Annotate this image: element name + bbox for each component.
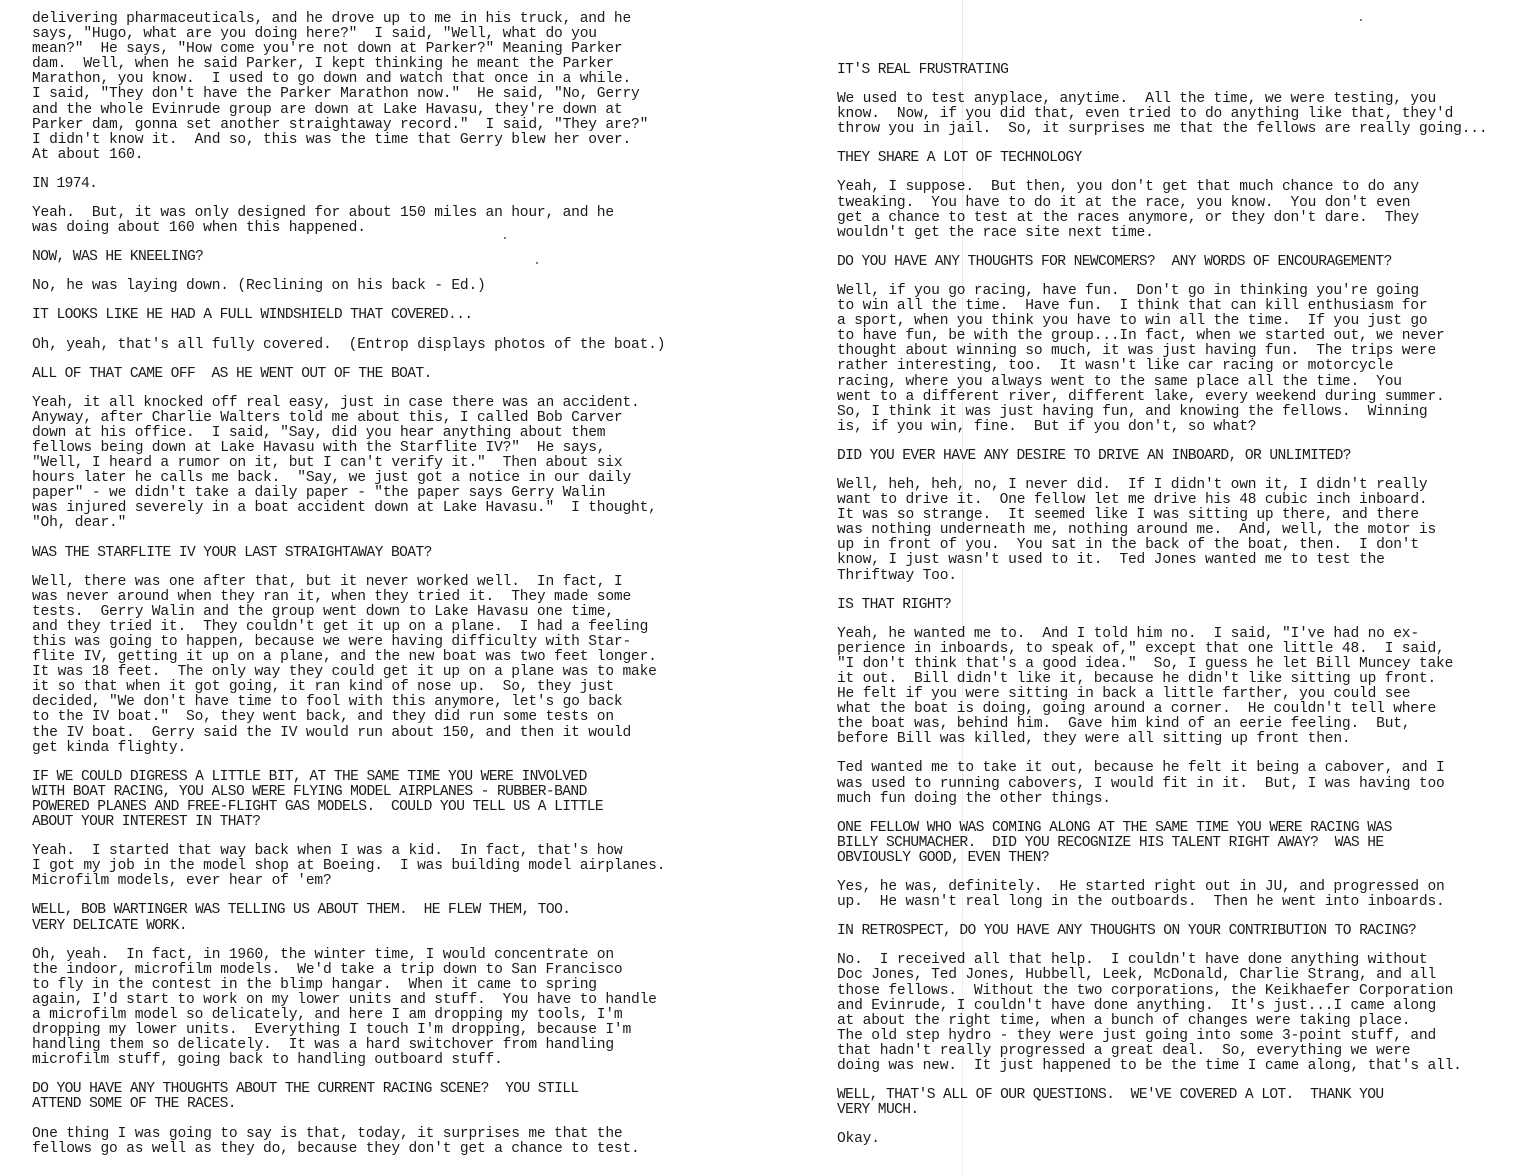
right-page: IT'S REAL FRUSTRATINGWe used to test any… (837, 63, 1516, 1161)
interview-question: IN RETROSPECT, DO YOU HAVE ANY THOUGHTS … (837, 924, 1516, 939)
text-line: OBVIOUSLY GOOD, EVEN THEN? (837, 851, 1516, 866)
text-line: The old step hydro - they were just goin… (837, 1029, 1516, 1044)
text-line: perience in inboards, to speak of," exce… (837, 642, 1516, 657)
interview-question: NOW, WAS HE KNEELING? (32, 250, 712, 265)
text-line: want to drive it. One fellow let me driv… (837, 493, 1516, 508)
interview-question: ALL OF THAT CAME OFF AS HE WENT OUT OF T… (32, 367, 712, 382)
text-line: to fly in the contest in the blimp hanga… (32, 978, 712, 993)
text-line: Yeah, it all knocked off real easy, just… (32, 396, 712, 411)
text-line: dropping my lower units. Everything I to… (32, 1023, 712, 1038)
text-line: WITH BOAT RACING, YOU ALSO WERE FLYING M… (32, 785, 712, 800)
text-line: thought about winning so much, it was ju… (837, 344, 1516, 359)
text-line: again, I'd start to work on my lower uni… (32, 993, 712, 1008)
text-line: down at his office. I said, "Say, did yo… (32, 426, 712, 441)
interview-answer: Well, there was one after that, but it n… (32, 575, 712, 756)
text-line: it out. Bill didn't like it, because he … (837, 672, 1516, 687)
text-line: it so that when it got going, it ran kin… (32, 680, 712, 695)
text-line: a microfilm model so delicately, and her… (32, 1008, 712, 1023)
text-line: get kinda flighty. (32, 741, 712, 756)
text-line: "Well, I heard a rumor on it, but I can'… (32, 456, 712, 471)
text-line: ALL OF THAT CAME OFF AS HE WENT OUT OF T… (32, 367, 712, 382)
text-line: know, I just wasn't used to it. Ted Jone… (837, 553, 1516, 568)
interview-answer: Ted wanted me to take it out, because he… (837, 761, 1516, 806)
text-line: much fun doing the other things. (837, 792, 1516, 807)
interview-question: THEY SHARE A LOT OF TECHNOLOGY (837, 151, 1516, 166)
text-line: ONE FELLOW WHO WAS COMING ALONG AT THE S… (837, 821, 1516, 836)
text-line: WELL, BOB WARTINGER WAS TELLING US ABOUT… (32, 903, 712, 918)
text-line: Anyway, after Charlie Walters told me ab… (32, 411, 712, 426)
text-line: fellows being down at Lake Havasu with t… (32, 441, 712, 456)
text-line: Yes, he was, definitely. He started righ… (837, 880, 1516, 895)
text-line: ATTEND SOME OF THE RACES. (32, 1097, 712, 1112)
text-line: went to a different river, different lak… (837, 390, 1516, 405)
text-line: that hadn't really progressed a great de… (837, 1044, 1516, 1059)
text-line: Oh, yeah, that's all fully covered. (Ent… (32, 338, 712, 353)
text-line: POWERED PLANES AND FREE-FLIGHT GAS MODEL… (32, 800, 712, 815)
text-line: the indoor, microfilm models. We'd take … (32, 963, 712, 978)
text-line: a sport, when you think you have to win … (837, 314, 1516, 329)
text-line: up. He wasn't real long in the outboards… (837, 895, 1516, 910)
text-line: At about 160. (32, 148, 712, 163)
text-line: the IV boat. Gerry said the IV would run… (32, 726, 712, 741)
text-line: DO YOU HAVE ANY THOUGHTS ABOUT THE CURRE… (32, 1082, 712, 1097)
text-line: IS THAT RIGHT? (837, 598, 1516, 613)
text-line: know. Now, if you did that, even tried t… (837, 107, 1516, 122)
interview-answer: Yeah. I started that way back when I was… (32, 844, 712, 889)
text-line: this was going to happen, because we wer… (32, 635, 712, 650)
text-line: IF WE COULD DIGRESS A LITTLE BIT, AT THE… (32, 770, 712, 785)
text-line: Ted wanted me to take it out, because he… (837, 761, 1516, 776)
interview-answer: Oh, yeah. In fact, in 1960, the winter t… (32, 948, 712, 1069)
text-line: Yeah, I suppose. But then, you don't get… (837, 180, 1516, 195)
text-line: Marathon, you know. I used to go down an… (32, 72, 712, 87)
text-line: NOW, WAS HE KNEELING? (32, 250, 712, 265)
interview-question: WELL, BOB WARTINGER WAS TELLING US ABOUT… (32, 903, 712, 933)
interview-answer: Yeah, he wanted me to. And I told him no… (837, 627, 1516, 748)
text-line: to the IV boat." So, they went back, and… (32, 710, 712, 725)
text-line: delivering pharmaceuticals, and he drove… (32, 12, 712, 27)
text-line: BILLY SCHUMACHER. DID YOU RECOGNIZE HIS … (837, 836, 1516, 851)
interview-answer: Well, if you go racing, have fun. Don't … (837, 284, 1516, 435)
text-line: says, "Hugo, what are you doing here?" I… (32, 27, 712, 42)
interview-question: DO YOU HAVE ANY THOUGHTS ABOUT THE CURRE… (32, 1082, 712, 1112)
text-line: I said, "They don't have the Parker Mara… (32, 87, 712, 102)
text-line: paper" - we didn't take a daily paper - … (32, 486, 712, 501)
text-line: what the boat is doing, going around a c… (837, 702, 1516, 717)
text-line: and the whole Evinrude group are down at… (32, 103, 712, 118)
text-line: I didn't know it. And so, this was the t… (32, 133, 712, 148)
text-line: Thriftway Too. (837, 569, 1516, 584)
text-line: IN RETROSPECT, DO YOU HAVE ANY THOUGHTS … (837, 924, 1516, 939)
text-line: IT'S REAL FRUSTRATING (837, 63, 1516, 78)
text-line: DID YOU EVER HAVE ANY DESIRE TO DRIVE AN… (837, 449, 1516, 464)
text-line: WAS THE STARFLITE IV YOUR LAST STRAIGHTA… (32, 546, 712, 561)
text-line: Well, if you go racing, have fun. Don't … (837, 284, 1516, 299)
text-line: to win all the time. Have fun. I think t… (837, 299, 1516, 314)
text-line: was injured severely in a boat accident … (32, 501, 712, 516)
interview-answer: Oh, yeah, that's all fully covered. (Ent… (32, 338, 712, 353)
text-line: No, he was laying down. (Reclining on hi… (32, 279, 712, 294)
interview-answer: One thing I was going to say is that, to… (32, 1127, 712, 1157)
interview-answer: Yeah, it all knocked off real easy, just… (32, 396, 712, 532)
scan-speck (504, 237, 506, 239)
text-line: was used to running cabovers, I would fi… (837, 777, 1516, 792)
text-line: We used to test anyplace, anytime. All t… (837, 92, 1516, 107)
text-line: THEY SHARE A LOT OF TECHNOLOGY (837, 151, 1516, 166)
interview-answer: No, he was laying down. (Reclining on hi… (32, 279, 712, 294)
interview-answer: Yeah, I suppose. But then, you don't get… (837, 180, 1516, 240)
interview-question: IN 1974. (32, 177, 712, 192)
interview-answer: No. I received all that help. I couldn't… (837, 953, 1516, 1074)
interview-question: IF WE COULD DIGRESS A LITTLE BIT, AT THE… (32, 770, 712, 830)
interview-question: IT'S REAL FRUSTRATING (837, 63, 1516, 78)
text-line: "I don't think that's a good idea." So, … (837, 657, 1516, 672)
text-line: VERY MUCH. (837, 1103, 1516, 1118)
text-line: Okay. (837, 1132, 1516, 1147)
text-line: IN 1974. (32, 177, 712, 192)
text-line: WELL, THAT'S ALL OF OUR QUESTIONS. WE'VE… (837, 1088, 1516, 1103)
interview-question: DID YOU EVER HAVE ANY DESIRE TO DRIVE AN… (837, 449, 1516, 464)
text-line: decided, "We don't have time to fool wit… (32, 695, 712, 710)
text-line: doing was new. It just happened to be th… (837, 1059, 1516, 1074)
text-line: I got my job in the model shop at Boeing… (32, 859, 712, 874)
text-line: ABOUT YOUR INTEREST IN THAT? (32, 815, 712, 830)
text-line: was never around when they ran it, when … (32, 590, 712, 605)
text-line: racing, where you always went to the sam… (837, 375, 1516, 390)
interview-question: IT LOOKS LIKE HE HAD A FULL WINDSHIELD T… (32, 308, 712, 323)
text-line: and Evinrude, I couldn't have done anyth… (837, 999, 1516, 1014)
text-line: tweaking. You have to do it at the race,… (837, 196, 1516, 211)
text-line: DO YOU HAVE ANY THOUGHTS FOR NEWCOMERS? … (837, 255, 1516, 270)
text-line: was doing about 160 when this happened. (32, 221, 712, 236)
text-line: hours later he calls me back. "Say, we j… (32, 471, 712, 486)
interview-answer: We used to test anyplace, anytime. All t… (837, 92, 1516, 137)
text-line: VERY DELICATE WORK. (32, 919, 712, 934)
text-line: at about the right time, when a bunch of… (837, 1014, 1516, 1029)
text-line: throw you in jail. So, it surprises me t… (837, 122, 1516, 137)
text-line: It was 18 feet. The only way they could … (32, 665, 712, 680)
text-line: Well, there was one after that, but it n… (32, 575, 712, 590)
interview-question: DO YOU HAVE ANY THOUGHTS FOR NEWCOMERS? … (837, 255, 1516, 270)
text-line: One thing I was going to say is that, to… (32, 1127, 712, 1142)
text-line: Yeah, he wanted me to. And I told him no… (837, 627, 1516, 642)
text-line: to have fun, be with the group...In fact… (837, 329, 1516, 344)
interview-answer: delivering pharmaceuticals, and he drove… (32, 12, 712, 163)
text-line: up in front of you. You sat in the back … (837, 538, 1516, 553)
text-line: Yeah. I started that way back when I was… (32, 844, 712, 859)
text-line: mean?" He says, "How come you're not dow… (32, 42, 712, 57)
scan-speck (1360, 19, 1362, 21)
interview-question: WELL, THAT'S ALL OF OUR QUESTIONS. WE'VE… (837, 1088, 1516, 1118)
text-line: get a chance to test at the races anymor… (837, 211, 1516, 226)
text-line: flite IV, getting it up on a plane, and … (32, 650, 712, 665)
interview-answer: Yes, he was, definitely. He started righ… (837, 880, 1516, 910)
text-line: So, I think it was just having fun, and … (837, 405, 1516, 420)
text-line: fellows go as well as they do, because t… (32, 1142, 712, 1157)
text-line: Parker dam, gonna set another straightaw… (32, 118, 712, 133)
text-line: and they tried it. They couldn't get it … (32, 620, 712, 635)
text-line: It was so strange. It seemed like I was … (837, 508, 1516, 523)
text-line: Well, heh, heh, no, I never did. If I di… (837, 478, 1516, 493)
text-line: He felt if you were sitting in back a li… (837, 687, 1516, 702)
text-line: is, if you win, fine. But if you don't, … (837, 420, 1516, 435)
text-line: Yeah. But, it was only designed for abou… (32, 206, 712, 221)
text-line: IT LOOKS LIKE HE HAD A FULL WINDSHIELD T… (32, 308, 712, 323)
text-line: microfilm stuff, going back to handling … (32, 1053, 712, 1068)
text-line: "Oh, dear." (32, 516, 712, 531)
text-line: handling them so delicately. It was a ha… (32, 1038, 712, 1053)
text-line: dam. Well, when he said Parker, I kept t… (32, 57, 712, 72)
text-line: Doc Jones, Ted Jones, Hubbell, Leek, McD… (837, 968, 1516, 983)
left-page: delivering pharmaceuticals, and he drove… (32, 12, 712, 1171)
text-line: rather interesting, too. It wasn't like … (837, 359, 1516, 374)
interview-question: IS THAT RIGHT? (837, 598, 1516, 613)
scan-speck (536, 262, 538, 264)
text-line: those fellows. Without the two corporati… (837, 984, 1516, 999)
interview-answer: Yeah. But, it was only designed for abou… (32, 206, 712, 236)
text-line: Microfilm models, ever hear of 'em? (32, 874, 712, 889)
text-line: Oh, yeah. In fact, in 1960, the winter t… (32, 948, 712, 963)
text-line: No. I received all that help. I couldn't… (837, 953, 1516, 968)
text-line: the boat was, behind him. Gave him kind … (837, 717, 1516, 732)
text-line: was nothing underneath me, nothing aroun… (837, 523, 1516, 538)
interview-question: WAS THE STARFLITE IV YOUR LAST STRAIGHTA… (32, 546, 712, 561)
interview-question: ONE FELLOW WHO WAS COMING ALONG AT THE S… (837, 821, 1516, 866)
text-line: tests. Gerry Walin and the group went do… (32, 605, 712, 620)
interview-answer: Well, heh, heh, no, I never did. If I di… (837, 478, 1516, 584)
text-line: before Bill was killed, they were all si… (837, 732, 1516, 747)
interview-answer: Okay. (837, 1132, 1516, 1147)
text-line: wouldn't get the race site next time. (837, 226, 1516, 241)
